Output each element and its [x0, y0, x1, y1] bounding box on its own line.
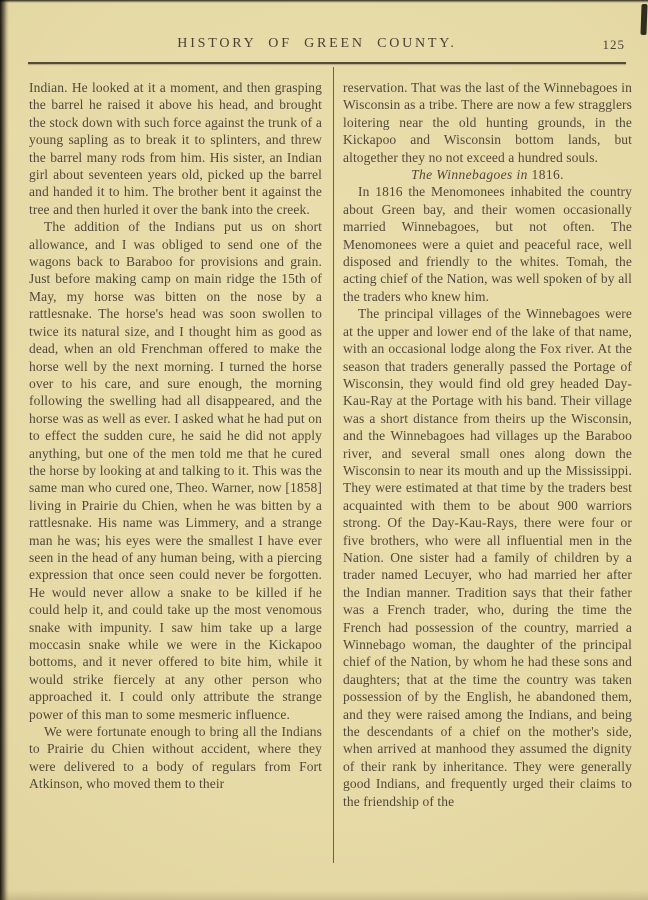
body-paragraph: The principal villages of the Winnebagoe…	[343, 305, 632, 810]
section-heading-year: 1816.	[532, 167, 564, 182]
section-heading-italic: The Winnebagoes in	[411, 167, 531, 182]
page-body: Indian. He looked at it a moment, and th…	[29, 79, 632, 810]
body-paragraph: In 1816 the Menomonees inhabited the cou…	[343, 183, 632, 305]
body-paragraph: reservation. That was the last of the Wi…	[343, 79, 632, 166]
scan-edge-bottom	[0, 890, 648, 900]
book-page-scan: HISTORY OF GREEN COUNTY. 125 Indian. He …	[0, 0, 648, 900]
running-header-title: HISTORY OF GREEN COUNTY.	[0, 36, 634, 52]
header-rule	[28, 62, 626, 64]
page-number: 125	[603, 37, 626, 53]
scan-edge-top	[0, 0, 648, 3]
scan-edge-left	[0, 0, 9, 900]
body-paragraph: The addition of the Indians put us on sh…	[29, 218, 322, 723]
section-heading: The Winnebagoes in 1816.	[343, 166, 632, 183]
scan-artifact-top-right	[640, 4, 647, 35]
left-column: Indian. He looked at it a moment, and th…	[29, 79, 322, 810]
body-paragraph: Indian. He looked at it a moment, and th…	[29, 79, 322, 218]
right-column: reservation. That was the last of the Wi…	[343, 79, 632, 810]
body-paragraph: We were fortunate enough to bring all th…	[29, 723, 322, 793]
